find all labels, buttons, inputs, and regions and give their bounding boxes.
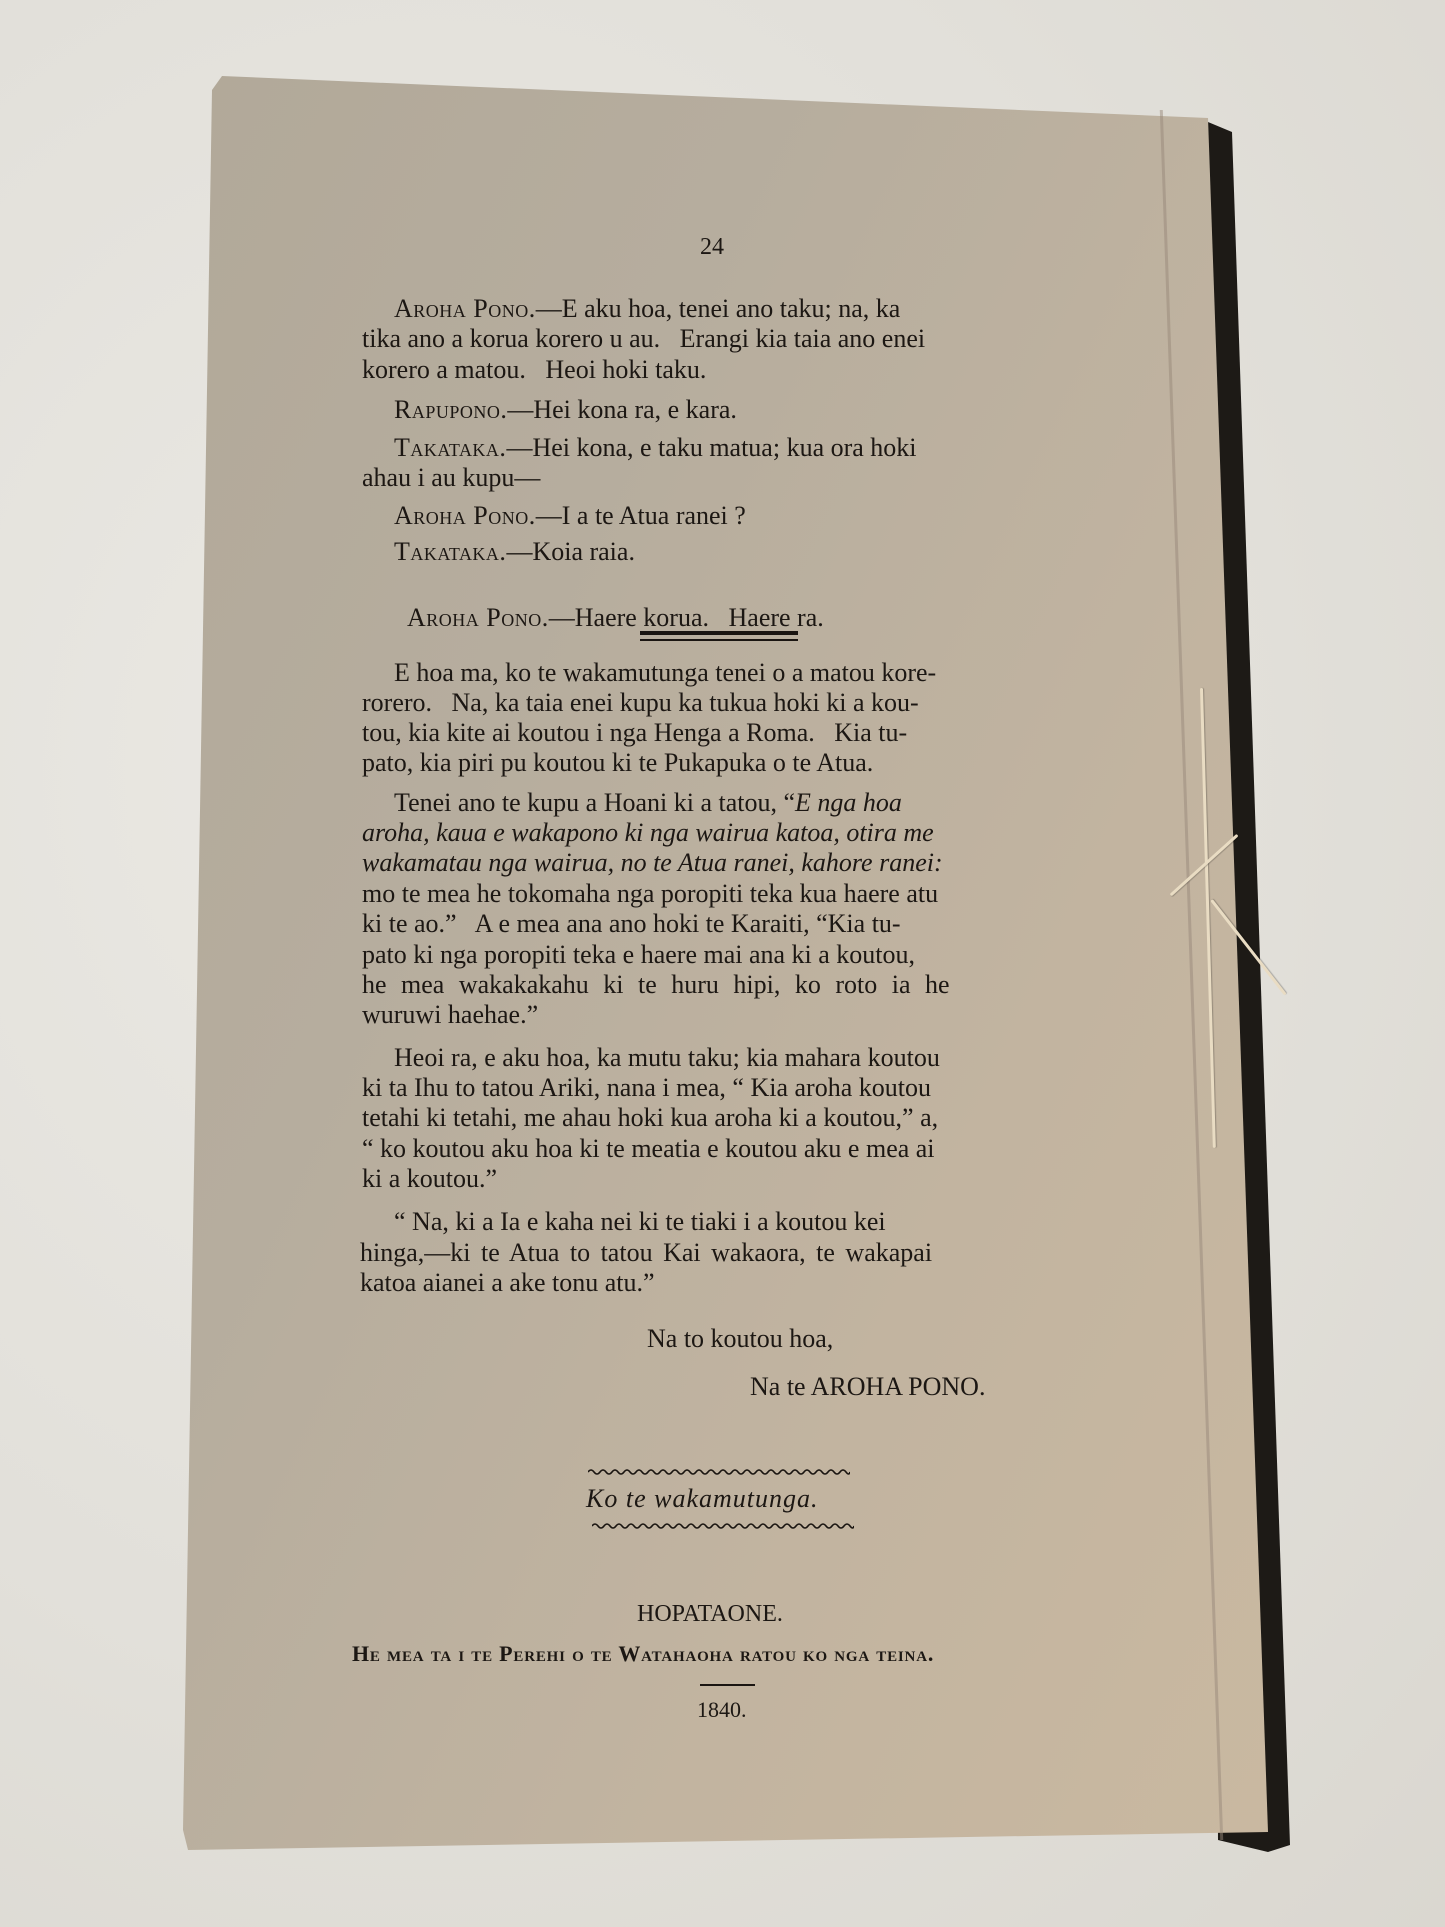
paragraph-line: tou, kia kite ai koutou i nga Henga a Ro… [362, 718, 907, 748]
dialogue-line: Takataka.—Koia raia. [394, 537, 635, 567]
wavy-rule-bottom [592, 1522, 854, 1530]
paragraph-line: ki a koutou.” [362, 1164, 497, 1194]
paragraph-line: he mea wakakakahu ki te huru hipi, ko ro… [362, 970, 950, 1000]
paragraph-line: Heoi ra, e aku hoa, ka mutu taku; kia ma… [394, 1043, 940, 1073]
page-number: 24 [700, 234, 724, 261]
signoff: Na to koutou hoa, [647, 1324, 833, 1354]
paragraph-line: E hoa ma, ko te wakamutunga tenei o a ma… [394, 658, 936, 688]
dialogue-line: ahau i au kupu— [362, 463, 540, 493]
dialogue-line: korero a matou. Heoi hoki taku. [362, 355, 706, 385]
paragraph-line-italic: wakamatau nga wairua, no te Atua ranei, … [362, 848, 943, 878]
paragraph-line: rorero. Na, ka taia enei kupu ka tukua h… [362, 688, 919, 718]
double-rule-divider [640, 631, 798, 635]
speaker-name: Takataka. [394, 537, 506, 566]
colophon-place: HOPATAONE. [637, 1601, 783, 1628]
paragraph-line: katoa aianei a ake tonu atu.” [360, 1268, 655, 1298]
double-rule-divider-thin [640, 639, 798, 641]
colophon-year: 1840. [697, 1697, 747, 1723]
speaker-name: Aroha Pono. [394, 294, 536, 323]
speaker-name: Aroha Pono. [407, 603, 549, 632]
speaker-name: Aroha Pono. [394, 501, 536, 530]
paragraph-line: hinga,—ki te Atua to tatou Kai wakaora, … [360, 1238, 932, 1268]
dialogue-line: Aroha Pono.—E aku hoa, tenei ano taku; n… [394, 294, 900, 324]
paragraph-line: Tenei ano te kupu a Hoani ki a tatou, “E… [394, 788, 902, 818]
signature: Na te AROHA PONO. [750, 1372, 985, 1402]
paragraph-line: wuruwi haehae.” [362, 1000, 538, 1030]
paragraph-line: “ ko koutou aku hoa ki te meatia e kouto… [362, 1134, 935, 1164]
paragraph-line: mo te mea he tokomaha nga poropiti teka … [362, 879, 938, 909]
dialogue-line: Takataka.—Hei kona, e taku matua; kua or… [394, 433, 917, 463]
paragraph-line: pato ki nga poropiti teka e haere mai an… [362, 940, 915, 970]
paragraph-line: pato, kia piri pu koutou ki te Pukapuka … [362, 748, 873, 778]
colophon-printer: He mea ta i te Perehi o te Watahaoha rat… [352, 1641, 934, 1667]
paragraph-line: ki te ao.” A e mea ana ano hoki te Karai… [362, 909, 901, 939]
paragraph-line-italic: aroha, kaua e wakapono ki nga wairua kat… [362, 818, 934, 848]
paragraph-line: tetahi ki tetahi, me ahau hoki kua aroha… [362, 1103, 938, 1133]
wavy-rule-top [588, 1468, 850, 1476]
speaker-name: Takataka. [394, 433, 506, 462]
dialogue-line: Rapupono.—Hei kona ra, e kara. [394, 395, 737, 425]
paragraph-line: ki ta Ihu to tatou Ariki, nana i mea, “ … [362, 1073, 931, 1103]
colophon-rule [700, 1684, 755, 1686]
paragraph-line: “ Na, ki a Ia e kaha nei ki te tiaki i a… [394, 1207, 886, 1237]
ending-label: Ko te wakamutunga. [586, 1484, 819, 1514]
speaker-name: Rapupono. [394, 395, 507, 424]
dialogue-line: Aroha Pono.—I a te Atua ranei ? [394, 501, 746, 531]
dialogue-line: tika ano a korua korero u au. Erangi kia… [362, 324, 925, 354]
dialogue-line: Aroha Pono.—Haere korua. Haere ra. [394, 573, 824, 633]
